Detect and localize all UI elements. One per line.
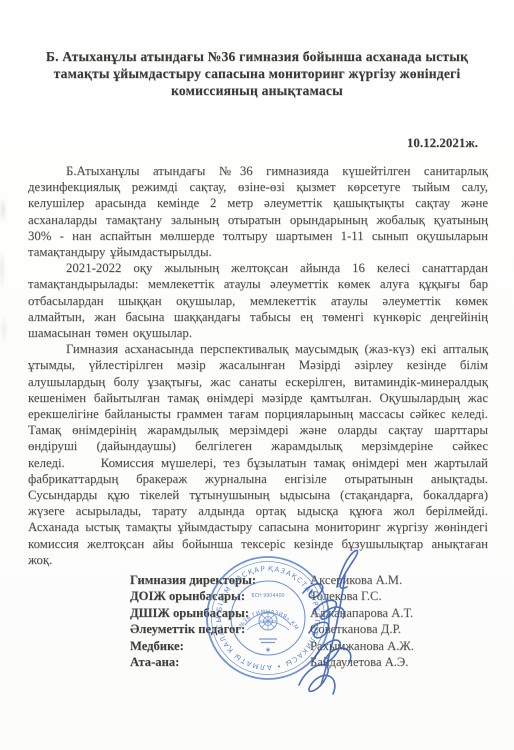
signature-name: Толекова Г.С.: [310, 588, 382, 604]
document-body: Б.Атыханұлы атындағы №36 гимназияда күше…: [28, 163, 488, 568]
signature-role-nurse: Медбике:: [130, 638, 310, 654]
document-date: 10.12.2021ж.: [0, 135, 478, 151]
signature-row: ДОІЖ орынбасары: Толекова Г.С.: [130, 588, 500, 604]
paragraph-categories: 2021-2022 оқу жылының желтоқсан айында 1…: [28, 260, 488, 341]
paragraph-sanitary-regime: Б.Атыханұлы атындағы №36 гимназияда күше…: [28, 163, 488, 260]
title-line-2: тамақты ұйымдастыру сапасына мониторинг …: [30, 65, 484, 82]
signature-role-social-pedagogue: Әлеуметтік педагог:: [130, 621, 310, 637]
signature-role-deputy-oij: ДОІЖ орынбасары:: [130, 588, 310, 604]
paragraph-menu-inspection: Гимназия асханасында перспективалық маус…: [28, 341, 488, 568]
signature-name: Байдаулетова А.Э.: [310, 654, 408, 670]
signature-name: Рахымжанова А.Ж.: [310, 638, 414, 654]
signature-row: Ата-ана: Байдаулетова А.Э.: [130, 654, 500, 670]
title-line-3: комиссияның анықтамасы: [30, 82, 484, 99]
document-title: Б. Атыханұлы атындағы №36 гимназия бойын…: [30, 48, 484, 99]
scan-artifact: [0, 150, 10, 410]
signature-name: Алжанапарова А.Т.: [310, 605, 413, 621]
signature-row: Әлеуметтік педагог: Советканова Д.Р.: [130, 621, 500, 637]
signature-row: ДШІЖ орынбасары: Алжанапарова А.Т.: [130, 605, 500, 621]
signature-role-deputy-shij: ДШІЖ орынбасары:: [130, 605, 310, 621]
title-line-1: Б. Атыханұлы атындағы №36 гимназия бойын…: [30, 48, 484, 65]
signature-row: Медбике: Рахымжанова А.Ж.: [130, 638, 500, 654]
signature-name: Советканова Д.Р.: [310, 621, 401, 637]
signature-role-parent: Ата-ана:: [130, 654, 310, 670]
signature-name: Аксерикова А.М.: [310, 572, 402, 588]
signature-block: Гимназия директоры: Аксерикова А.М. ДОІЖ…: [130, 572, 500, 670]
scanned-document-page: Б. Атыханұлы атындағы №36 гимназия бойын…: [0, 0, 514, 750]
signature-row: Гимназия директоры: Аксерикова А.М.: [130, 572, 500, 588]
signature-role-director: Гимназия директоры:: [130, 572, 310, 588]
